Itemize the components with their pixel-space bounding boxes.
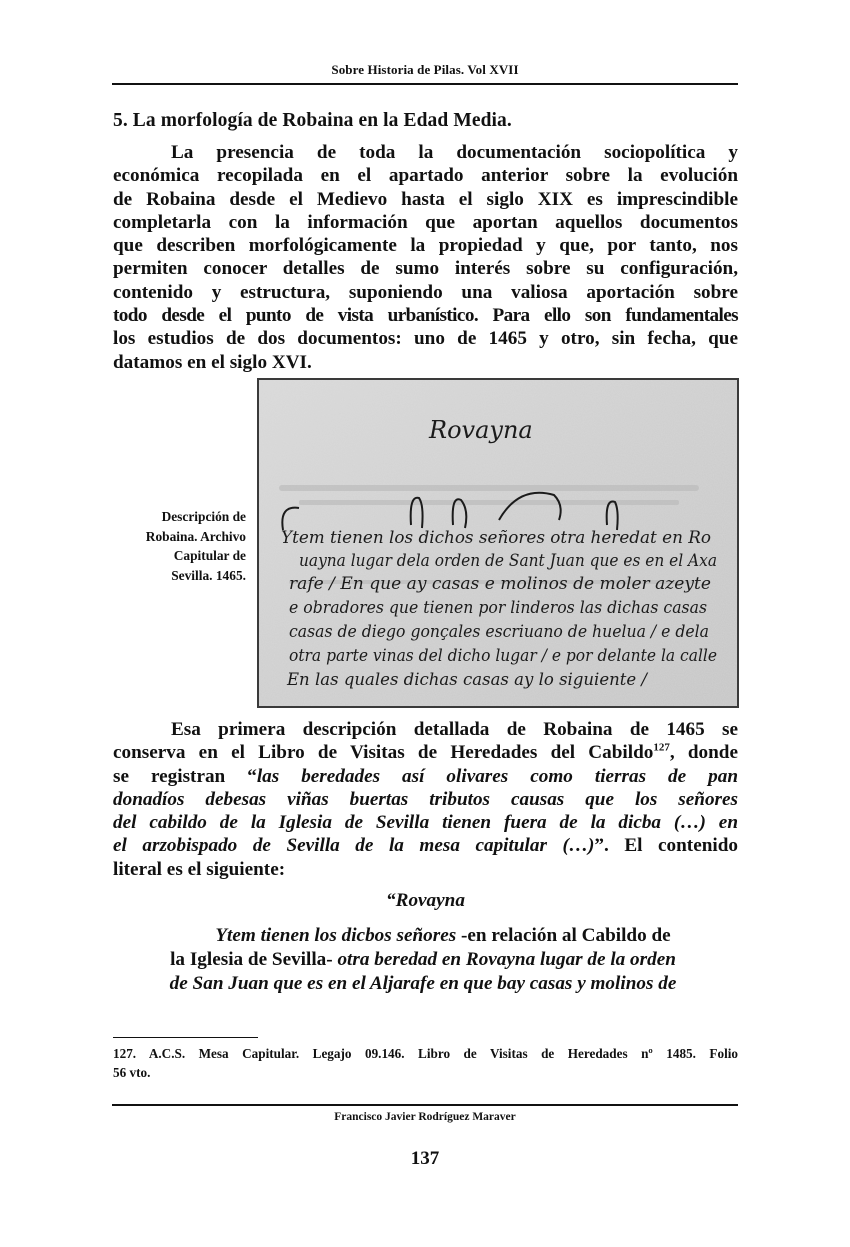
author-name: Francisco Javier Rodríguez Maraver [112, 1111, 738, 1123]
header-rule [112, 83, 738, 85]
svg-text:En las quales dichas casas ay: En las quales dichas casas ay lo siguien… [286, 670, 649, 690]
quote-title: “Rovayna [113, 890, 738, 912]
text-line: se registran “las beredades así olivares… [113, 765, 738, 788]
text-span: ”. El contenido [594, 835, 738, 856]
text-span: la Iglesia de Sevilla- [170, 949, 337, 970]
text-line: de Robaina desde el Medievo hasta el sig… [113, 188, 738, 211]
text-span: se registran “ [113, 766, 257, 787]
text-line: La presencia de toda la documentación so… [113, 141, 738, 164]
footnote-line: 127. A.C.S. Mesa Capitular. Legajo 09.14… [113, 1044, 738, 1063]
svg-text:Rovayna: Rovayna [428, 416, 533, 444]
svg-text:Ytem tienen los dichos señores: Ytem tienen los dichos señores otra here… [281, 528, 711, 548]
page-number: 137 [112, 1148, 738, 1170]
svg-text:rafe / En que ay casas e molin: rafe / En que ay casas e molinos de mole… [289, 574, 711, 594]
running-head: Sobre Historia de Pilas. Vol XVII [112, 62, 738, 78]
italic-quote: las beredades así olivares como tierras … [257, 766, 738, 787]
text-line: permiten conocer detalles de sumo interé… [113, 257, 738, 280]
svg-text:otra parte vinas del dicho lug: otra parte vinas del dicho lugar / e por… [289, 646, 717, 666]
text-span: conserva en el Libro de Visitas de Hered… [113, 742, 653, 763]
caption-line: Descripción de [112, 507, 246, 527]
footnote: 127. A.C.S. Mesa Capitular. Legajo 09.14… [113, 1044, 738, 1082]
italic-quote: donadíos debesas viñas buertas tributos … [113, 789, 738, 810]
italic-quote: el arzobispado de Sevilla de la mesa cap… [113, 835, 594, 856]
text-span: -en relación al Cabildo de [456, 925, 670, 946]
svg-text:e obradores que tienen por lin: e obradores que tienen por linderos las … [289, 598, 707, 618]
section-heading: 5. La morfología de Robaina en la Edad M… [113, 110, 512, 132]
paragraph-description: Esa primera descripción detallada de Rob… [113, 718, 738, 881]
svg-text:casas de diego gonçales escriu: casas de diego gonçales escriuano de hue… [289, 622, 709, 642]
italic-quote: de San Juan que es en el Aljarafe en que… [170, 973, 677, 994]
text-line: Esa primera descripción detallada de Rob… [113, 718, 738, 741]
footnote-ref[interactable]: 127 [653, 742, 670, 754]
text-line: todo desde el punto de vista urbanístico… [113, 304, 738, 327]
text-line: completarla con la información que aport… [113, 211, 738, 234]
italic-quote: otra beredad en Rovayna lugar de la orde… [337, 949, 675, 970]
italic-quote: Ytem tienen los dicbos señores [215, 925, 456, 946]
text-line: conserva en el Libro de Visitas de Hered… [113, 741, 738, 764]
text-line: donadíos debesas viñas buertas tributos … [113, 788, 738, 811]
text-line: del cabildo de la Iglesia de Sevilla tie… [113, 811, 738, 834]
footnote-rule [113, 1037, 258, 1038]
footer-rule [112, 1104, 738, 1106]
text-line: los estudios de dos documentos: uno de 1… [113, 327, 738, 350]
text-line: económica recopilada en el apartado ante… [113, 164, 738, 187]
footnote-line: 56 vto. [113, 1063, 738, 1082]
text-line: contenido y estructura, suponiendo una v… [113, 281, 738, 304]
text-line: literal es el siguiente: [113, 858, 738, 881]
caption-line: Capitular de [112, 546, 246, 566]
text-span: , donde [670, 742, 738, 763]
quote-line: de San Juan que es en el Aljarafe en que… [126, 972, 720, 996]
italic-quote: del cabildo de la Iglesia de Sevilla tie… [113, 812, 738, 833]
text-line: que describen morfológicamente la propie… [113, 234, 738, 257]
manuscript-scan-graphic: Rovayna Ytem tienen los dichos señores o… [259, 380, 737, 706]
svg-text:uayna lugar dela orden de Sant: uayna lugar dela orden de Sant Juan que … [299, 551, 717, 571]
caption-line: Sevilla. 1465. [112, 566, 246, 586]
text-line: el arzobispado de Sevilla de la mesa cap… [113, 834, 738, 857]
quote-line: Ytem tienen los dicbos señores -en relac… [126, 924, 720, 948]
figure-caption: Descripción de Robaina. Archivo Capitula… [112, 507, 246, 585]
quote-line: la Iglesia de Sevilla- otra beredad en R… [126, 948, 720, 972]
quote-block: Ytem tienen los dicbos señores -en relac… [126, 924, 720, 996]
paragraph-intro: La presencia de toda la documentación so… [113, 141, 738, 374]
manuscript-image: Rovayna Ytem tienen los dichos señores o… [257, 378, 739, 708]
text-line: datamos en el siglo XVI. [113, 351, 738, 374]
caption-line: Robaina. Archivo [112, 527, 246, 547]
